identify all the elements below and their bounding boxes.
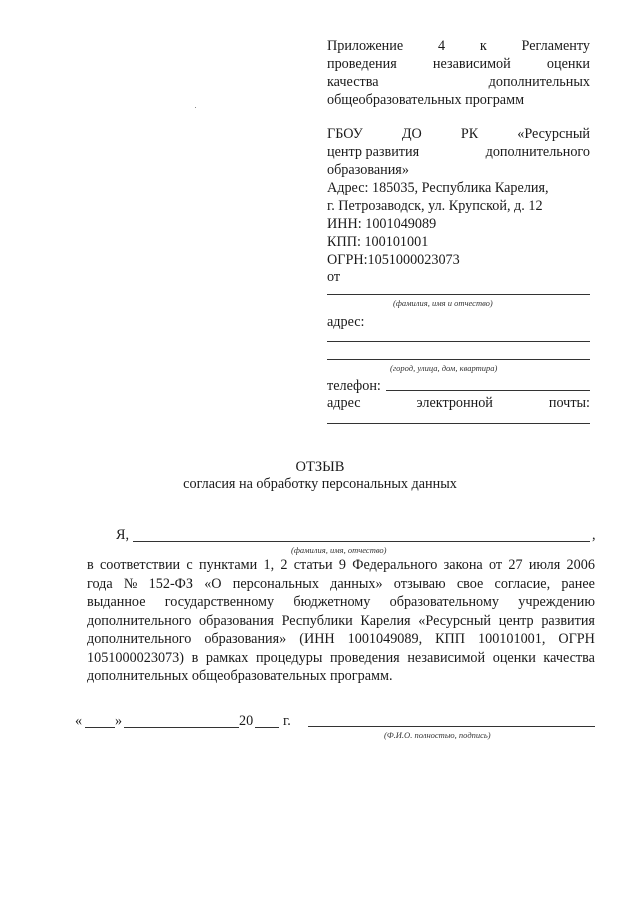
w: данных»	[330, 575, 382, 594]
org-line-1: ГБОУ ДО РК «Ресурсный	[327, 125, 590, 143]
w: КПП	[435, 630, 465, 649]
text: к	[480, 37, 487, 55]
text: качества	[327, 73, 379, 91]
appendix-line-2: проведения независимой оценки	[327, 55, 590, 73]
w: бюджетному	[293, 593, 370, 612]
w: отзываю	[394, 575, 446, 594]
w: учреждению	[518, 593, 595, 612]
sender-name-field[interactable]	[327, 294, 590, 295]
appendix-line-1: Приложение 4 к Регламенту	[327, 37, 590, 55]
w: государственному	[165, 593, 274, 612]
text: «Ресурсный	[517, 125, 590, 143]
sender-address-field-1[interactable]	[327, 341, 590, 342]
w: Федерального	[352, 556, 437, 575]
text: ДО	[402, 125, 422, 143]
day-field[interactable]	[85, 727, 115, 728]
w: 1051000023073)	[87, 649, 184, 668]
text: Регламенту	[522, 37, 590, 55]
w: закона	[444, 556, 483, 575]
scan-speck	[195, 107, 196, 108]
ogrn: ОГРН:1051000023073	[327, 251, 460, 269]
w: 2	[280, 556, 287, 575]
statement-line-4: дополнительногообразованияРеспубликиКаре…	[87, 612, 595, 631]
w: качества	[543, 649, 595, 668]
comma: ,	[592, 526, 596, 544]
text: Приложение	[327, 37, 403, 55]
text: дополнительных	[489, 73, 590, 91]
text: РК	[461, 125, 478, 143]
w: Карелия	[360, 612, 410, 631]
quote-open: «	[75, 712, 82, 730]
text: проведения	[327, 55, 397, 73]
text: адрес	[327, 394, 361, 412]
email-label: адрес электронной почты:	[327, 394, 590, 412]
w: дополнительного	[87, 612, 191, 631]
w: «Ресурсный	[418, 612, 491, 631]
statement-line-7: дополнительных общеобразовательных прогр…	[87, 667, 595, 686]
statement-line-3: выданноегосударственномубюджетномуобразо…	[87, 593, 595, 612]
w: Республики	[282, 612, 353, 631]
w: «О	[204, 575, 221, 594]
text: независимой	[433, 55, 511, 73]
sender-address-field-2[interactable]	[327, 359, 590, 360]
inn: ИНН: 1001049089	[327, 215, 436, 233]
w: дополнительного	[87, 630, 191, 649]
from-label: от	[327, 268, 340, 286]
org-line-2: центр развития дополнительного	[327, 143, 590, 161]
w: 1001049089,	[348, 630, 422, 649]
statement-name-hint: (фамилия, имя, отчество)	[291, 545, 387, 555]
w: рамках	[206, 649, 248, 668]
email-field[interactable]	[327, 423, 590, 424]
signature-hint: (Ф.И.О. полностью, подпись)	[384, 730, 491, 740]
w: ОГРН	[558, 630, 595, 649]
w: проведения	[330, 649, 400, 668]
w: 152-ФЗ	[149, 575, 193, 594]
w: центр	[499, 612, 534, 631]
w: в	[192, 649, 199, 668]
text: электронной	[417, 394, 493, 412]
text: ГБОУ	[327, 125, 363, 143]
w: развития	[541, 612, 595, 631]
text: 4	[438, 37, 445, 55]
statement-name-field[interactable]	[133, 541, 590, 542]
text: оценки	[547, 55, 590, 73]
statement-line-5: дополнительногообразования»(ИНН100104908…	[87, 630, 595, 649]
w: образовательному	[390, 593, 499, 612]
w: образования	[199, 612, 274, 631]
w: статьи	[294, 556, 333, 575]
w: 9	[339, 556, 346, 575]
w: процедуры	[256, 649, 322, 668]
month-field[interactable]	[124, 727, 239, 728]
w: соответствии	[100, 556, 180, 575]
w: 1,	[263, 556, 274, 575]
year-suffix: г.	[283, 712, 291, 730]
year-field[interactable]	[255, 727, 279, 728]
w: от	[489, 556, 502, 575]
w: 100101001,	[478, 630, 545, 649]
w: образования»	[204, 630, 286, 649]
sender-address-hint: (город, улица, дом, квартира)	[390, 363, 497, 373]
w: свое	[457, 575, 483, 594]
text: центр развития	[327, 143, 419, 161]
w: 2006	[567, 556, 595, 575]
address-line-1: Адрес: 185035, Республика Карелия,	[327, 179, 549, 197]
statement-line-1: всоответствииспунктами1,2статьи9Федераль…	[87, 556, 595, 575]
signature-field[interactable]	[308, 726, 595, 727]
phone-field[interactable]	[386, 390, 590, 391]
document-subtitle: согласия на обработку персональных данны…	[0, 475, 640, 493]
document-title: ОТЗЫВ	[0, 458, 640, 476]
sender-address-label: адрес:	[327, 313, 365, 331]
w: №	[124, 575, 138, 594]
w: пунктами	[199, 556, 257, 575]
address-line-2: г. Петрозаводск, ул. Крупской, д. 12	[327, 197, 543, 215]
statement-line-2: года№152-ФЗ«Оперсональныхданных»отзываюс…	[87, 575, 595, 594]
w: июля	[529, 556, 560, 575]
w: согласие,	[495, 575, 551, 594]
w: 27	[508, 556, 522, 575]
phone-label: телефон:	[327, 377, 381, 395]
org-line-3: образования»	[327, 161, 409, 179]
w: выданное	[87, 593, 146, 612]
appendix-line-4: общеобразовательных программ	[327, 91, 524, 109]
statement-line-6: 1051000023073)врамкахпроцедурыпроведения…	[87, 649, 595, 668]
w: ранее	[561, 575, 595, 594]
w: в	[87, 556, 94, 575]
year-prefix: 20	[239, 712, 253, 730]
appendix-line-3: качества дополнительных	[327, 73, 590, 91]
quote-close: »	[115, 712, 122, 730]
kpp: КПП: 100101001	[327, 233, 428, 251]
w: персональных	[233, 575, 319, 594]
w: оценки	[493, 649, 536, 668]
w: с	[186, 556, 192, 575]
w: независимой	[407, 649, 485, 668]
w: года	[87, 575, 113, 594]
i-label: Я,	[116, 526, 129, 544]
text: почты:	[549, 394, 590, 412]
text: дополнительного	[486, 143, 590, 161]
w: (ИНН	[299, 630, 334, 649]
sender-name-hint: (фамилия, имя и отчество)	[393, 298, 493, 308]
